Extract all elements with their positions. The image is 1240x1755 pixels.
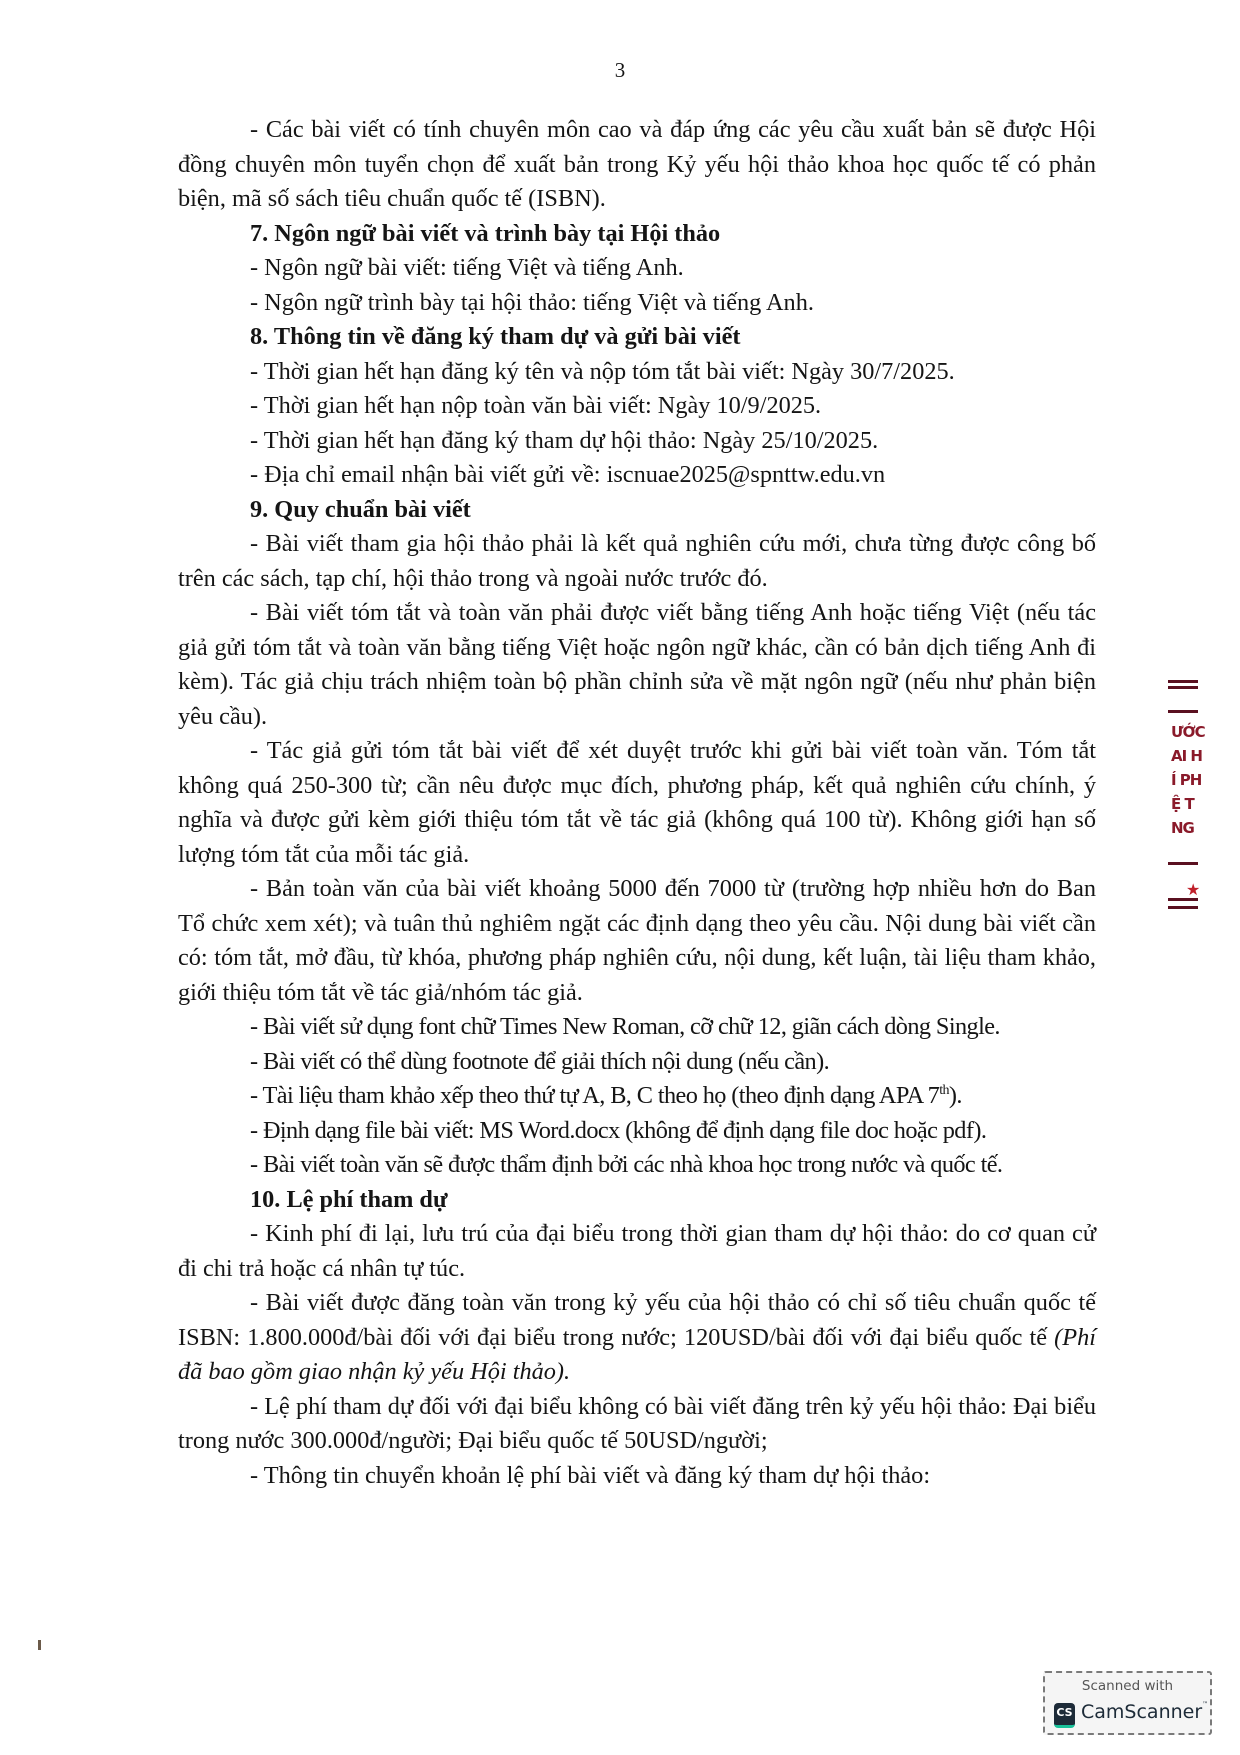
list-item: - Thời gian hết hạn nộp toàn văn bài viế…	[178, 389, 1096, 424]
section-9-heading: 9. Quy chuẩn bài viết	[178, 493, 1096, 528]
trademark-mark: ™	[1202, 1701, 1208, 1708]
paragraph: - Tác giả gửi tóm tắt bài viết để xét du…	[178, 734, 1096, 872]
section-10-heading: 10. Lệ phí tham dự	[178, 1183, 1096, 1218]
camscanner-logo-icon: CS	[1054, 1703, 1075, 1728]
stamp-text: ƯỚC	[1171, 722, 1205, 743]
paragraph: - Kinh phí đi lại, lưu trú của đại biểu …	[178, 1217, 1096, 1286]
list-item: - Bài viết sử dụng font chữ Times New Ro…	[178, 1010, 1096, 1045]
references-item: - Tài liệu tham khảo xếp theo thứ tự A, …	[178, 1079, 1096, 1114]
list-item: - Bài viết có thể dùng footnote để giải …	[178, 1045, 1096, 1080]
intro-paragraph: - Các bài viết có tính chuyên môn cao và…	[178, 113, 1096, 217]
section-8-heading: 8. Thông tin về đăng ký tham dự và gửi b…	[178, 320, 1096, 355]
scan-artifact	[38, 1640, 41, 1650]
stamp-ring-line	[1168, 686, 1198, 689]
superscript: th	[939, 1083, 949, 1098]
section-7-heading: 7. Ngôn ngữ bài viết và trình bày tại Hộ…	[178, 217, 1096, 252]
paragraph: - Bài viết tóm tắt và toàn văn phải được…	[178, 596, 1096, 734]
stamp-text: Ệ T	[1171, 794, 1194, 815]
attendance-fee-paragraph: - Lệ phí tham dự đối với đại biểu không …	[178, 1390, 1096, 1459]
transfer-info-line: - Thông tin chuyển khoản lệ phí bài viết…	[178, 1459, 1096, 1494]
stamp-ring-line	[1168, 862, 1198, 865]
stamp-ring-line	[1168, 680, 1198, 683]
list-item: - Ngôn ngữ bài viết: tiếng Việt và tiếng…	[178, 251, 1096, 286]
document-body: - Các bài viết có tính chuyên môn cao và…	[178, 113, 1096, 1493]
red-seal-stamp-edge: ƯỚC AI H Í PH Ệ T NG ★	[1168, 680, 1240, 900]
scanned-with-label: Scanned with	[1045, 1678, 1210, 1694]
star-icon: ★	[1186, 880, 1200, 899]
paragraph: - Bài viết tham gia hội thảo phải là kết…	[178, 527, 1096, 596]
list-item: - Thời gian hết hạn đăng ký tham dự hội …	[178, 424, 1096, 459]
page-number: 3	[0, 58, 1240, 83]
paragraph: - Bản toàn văn của bài viết khoảng 5000 …	[178, 872, 1096, 1010]
camscanner-watermark: Scanned with CS CamScanner™	[1043, 1671, 1212, 1735]
list-item: - Thời gian hết hạn đăng ký tên và nộp t…	[178, 355, 1096, 390]
stamp-text: Í PH	[1171, 770, 1201, 791]
camscanner-brand: CamScanner	[1081, 1701, 1202, 1723]
stamp-ring-line	[1168, 906, 1198, 909]
stamp-text: AI H	[1171, 746, 1202, 767]
stamp-ring-line	[1168, 710, 1198, 713]
email-line: - Địa chỉ email nhận bài viết gửi về: is…	[178, 458, 1096, 493]
list-item: - Định dạng file bài viết: MS Word.docx …	[178, 1114, 1096, 1149]
stamp-ring-line	[1168, 898, 1198, 901]
references-tail: ).	[949, 1082, 962, 1109]
list-item: - Ngôn ngữ trình bày tại hội thảo: tiếng…	[178, 286, 1096, 321]
publication-fee-text: - Bài viết được đăng toàn văn trong kỷ y…	[178, 1289, 1096, 1351]
references-text: - Tài liệu tham khảo xếp theo thứ tự A, …	[250, 1082, 939, 1109]
camscanner-name: CamScanner™	[1081, 1701, 1208, 1723]
list-item: - Bài viết toàn văn sẽ được thẩm định bở…	[178, 1148, 1096, 1183]
stamp-text: NG	[1171, 818, 1194, 839]
publication-fee-paragraph: - Bài viết được đăng toàn văn trong kỷ y…	[178, 1286, 1096, 1390]
document-page: 3 - Các bài viết có tính chuyên môn cao …	[0, 0, 1240, 1755]
